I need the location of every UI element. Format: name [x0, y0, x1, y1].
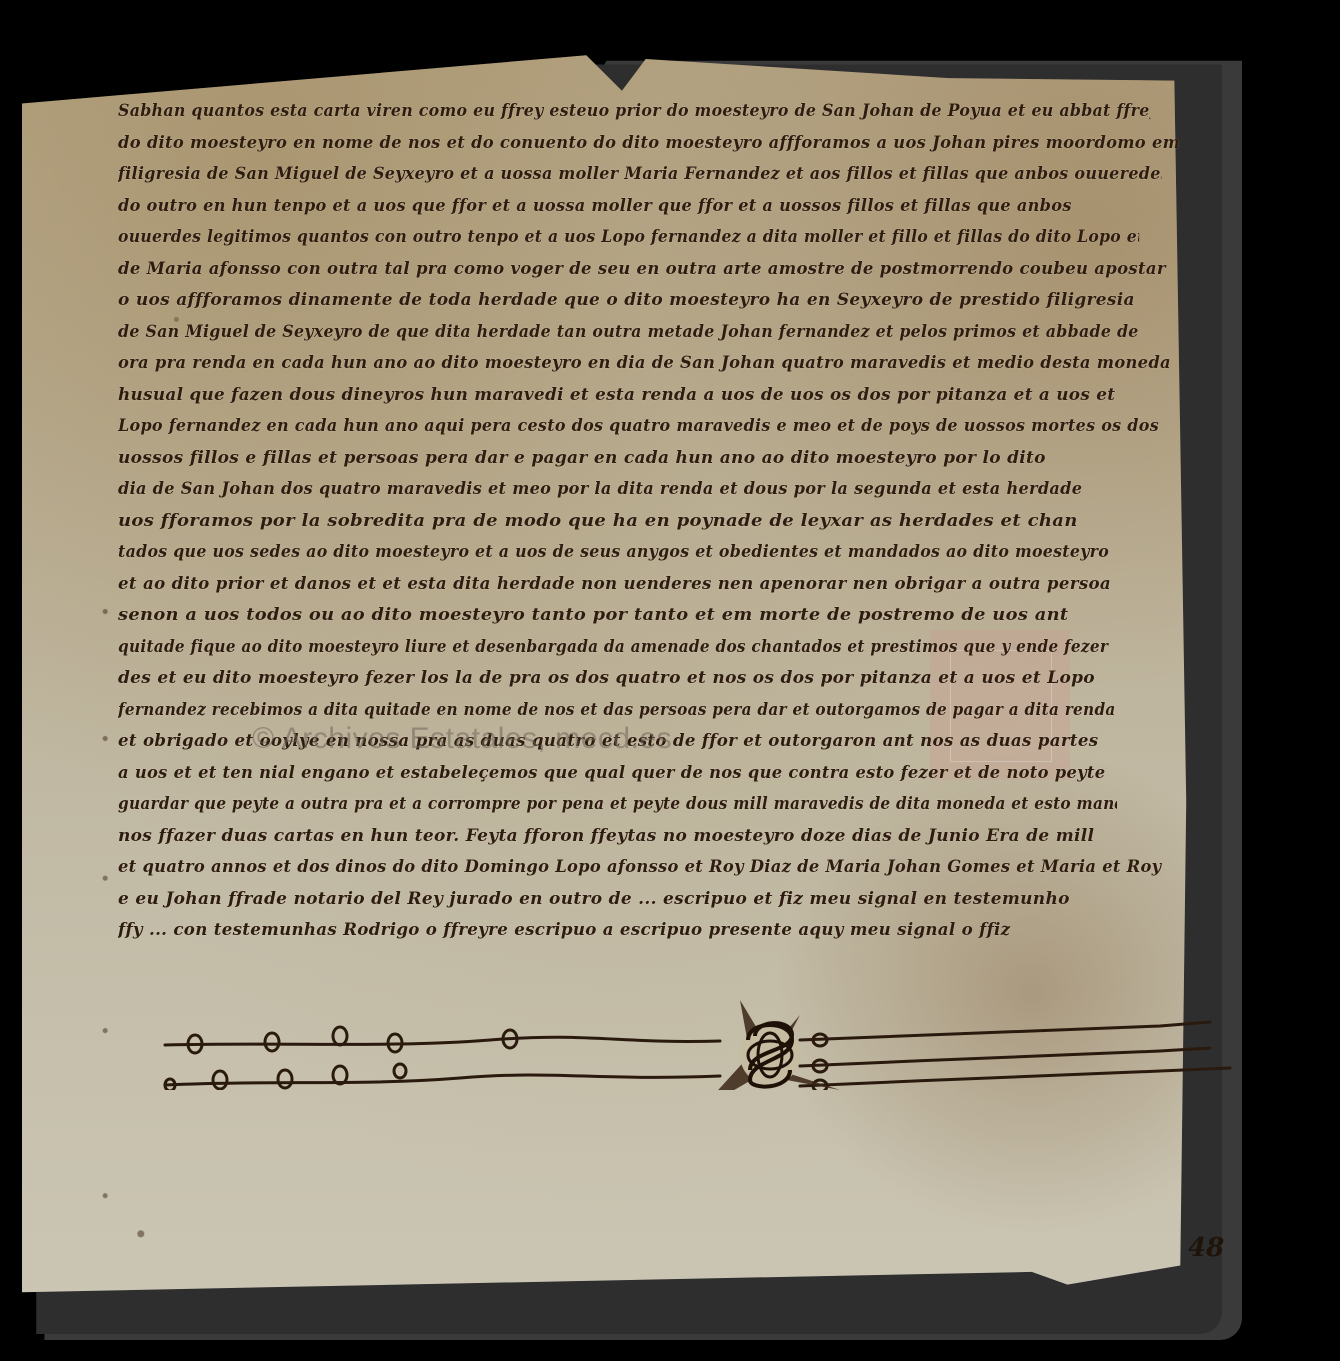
manuscript-line: et ao dito prior et danos et et esta dit… — [118, 569, 1206, 601]
manuscript-line: Sabhan quantos esta carta viren como eu … — [118, 96, 1150, 128]
manuscript-text: Sabhan quantos esta carta viren como eu … — [118, 96, 1228, 947]
manuscript-line: senon a uos todos ou ao dito moesteyro t… — [118, 600, 1284, 632]
manuscript-line: a uos et et ten nial engano et estabeleç… — [118, 758, 1184, 790]
manuscript-line: de San Miguel de Seyxeyro de que dita he… — [118, 317, 1150, 349]
manuscript-line: guardar que peyte a outra pra et a corro… — [118, 789, 1117, 821]
manuscript-line: o uos affforamos dinamente de toda herda… — [118, 285, 1228, 317]
manuscript-line: ouuerdes legitimos quantos con outro ten… — [118, 222, 1139, 254]
manuscript-line: dia de San Johan dos quatro maravedis et… — [118, 474, 1173, 506]
manuscript-line: quitade fique ao dito moesteyro liure et… — [118, 632, 1117, 664]
manuscript-line: do outro en hun tenpo et a uos que ffor … — [118, 191, 1173, 223]
manuscript-line: des et eu dito moesteyro fezer los la de… — [118, 663, 1228, 695]
manuscript-line: filigresia de San Miguel de Seyxeyro et … — [118, 159, 1161, 191]
folio-number: 48 — [1188, 1233, 1224, 1263]
manuscript-line: uossos fillos e fillas et persoas pera d… — [118, 443, 1228, 475]
manuscript-line: de Maria afonsso con outra tal pra como … — [118, 254, 1195, 286]
manuscript-line: ora pra renda en cada hun ano ao dito mo… — [118, 348, 1184, 380]
manuscript-line: e eu Johan ffrade notario del Rey jurado… — [118, 884, 1228, 916]
manuscript-line: uos fforamos por la sobredita pra de mod… — [118, 506, 1295, 538]
notarial-signature-block — [160, 940, 1250, 1090]
manuscript-line: husual que fazen dous dineyros hun marav… — [118, 380, 1217, 412]
manuscript-line: do dito moesteyro en nome de nos et do c… — [118, 128, 1184, 160]
manuscript-line: Lopo fernandez en cada hun ano aqui pera… — [118, 411, 1161, 443]
copyright-watermark: © Archivos Estatales, mecd.es — [252, 722, 672, 756]
manuscript-line: tados que uos sedes ao dito moesteyro et… — [118, 537, 1150, 569]
manuscript-line: nos ffazer duas cartas en hun teor. Feyt… — [118, 821, 1228, 853]
manuscript-line: et quatro annos et dos dinos do dito Dom… — [118, 852, 1184, 884]
